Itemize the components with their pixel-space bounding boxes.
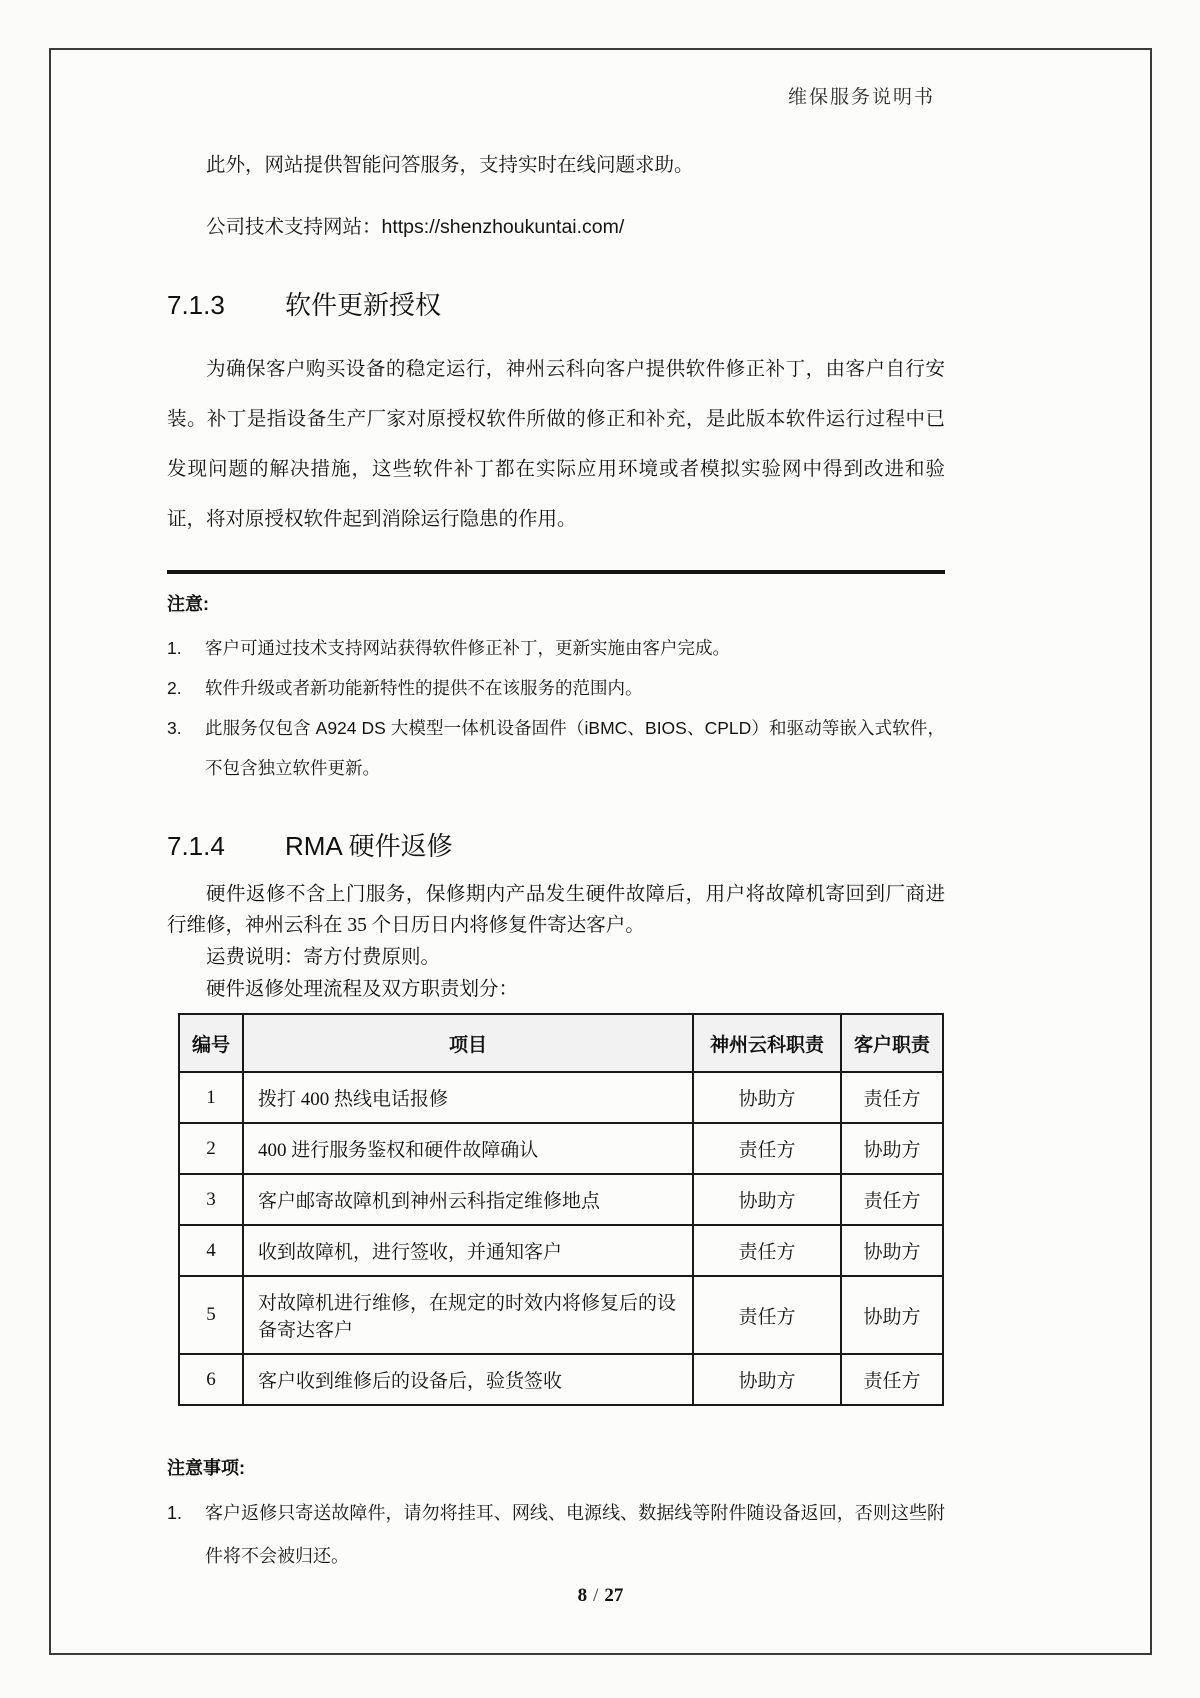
cell-no: 5 (179, 1276, 243, 1354)
list-item-text: 客户可通过技术支持网站获得软件修正补丁，更新实施由客户完成。 (205, 628, 945, 668)
table-row: 5 对故障机进行维修，在规定的时效内将修复后的设备寄达客户 责任方 协助方 (179, 1276, 943, 1354)
cell-no: 2 (179, 1123, 243, 1174)
cell-customer-duty: 协助方 (841, 1225, 943, 1276)
table-row: 4 收到故障机，进行签收，并通知客户 责任方 协助方 (179, 1225, 943, 1276)
section-number: 7.1.3 (167, 290, 285, 321)
notice-label: 注意事项: (167, 1454, 945, 1480)
table-row: 1 拨打 400 热线电话报修 协助方 责任方 (179, 1072, 943, 1123)
cell-item: 客户收到维修后的设备后，验货签收 (243, 1354, 693, 1405)
cell-vendor-duty: 责任方 (693, 1123, 841, 1174)
cell-customer-duty: 协助方 (841, 1123, 943, 1174)
cell-vendor-duty: 协助方 (693, 1072, 841, 1123)
document-header-title: 维保服务说明书 (167, 82, 945, 109)
cell-no: 3 (179, 1174, 243, 1225)
section-7-1-3-body: 为确保客户购买设备的稳定运行，神州云科向客户提供软件修正补丁，由客户自行安装。补… (167, 344, 945, 544)
cell-item: 对故障机进行维修，在规定的时效内将修复后的设备寄达客户 (243, 1276, 693, 1354)
table-header-row: 编号 项目 神州云科职责 客户职责 (179, 1014, 943, 1072)
table-header-customer-duty: 客户职责 (841, 1014, 943, 1072)
cell-item: 收到故障机，进行签收，并通知客户 (243, 1225, 693, 1276)
rma-responsibility-table: 编号 项目 神州云科职责 客户职责 1 拨打 400 热线电话报修 协助方 责任… (178, 1013, 944, 1406)
table-row: 2 400 进行服务鉴权和硬件故障确认 责任方 协助方 (179, 1123, 943, 1174)
page-number: 8 (578, 1585, 588, 1606)
cell-no: 1 (179, 1072, 243, 1123)
table-header-item: 项目 (243, 1014, 693, 1072)
cell-customer-duty: 协助方 (841, 1276, 943, 1354)
cell-vendor-duty: 责任方 (693, 1276, 841, 1354)
list-item-number: 1. (167, 1492, 205, 1578)
cell-vendor-duty: 协助方 (693, 1174, 841, 1225)
intro-paragraph-1: 此外，网站提供智能问答服务，支持实时在线问题求助。 (167, 149, 945, 177)
cell-vendor-duty: 责任方 (693, 1225, 841, 1276)
section-7-1-4-paragraph-1: 硬件返修不含上门服务，保修期内产品发生硬件故障后，用户将故障机寄回到厂商进行维修… (167, 879, 945, 941)
cell-item: 拨打 400 热线电话报修 (243, 1072, 693, 1123)
section-heading-7-1-4: 7.1.4 RMA 硬件返修 (167, 826, 945, 863)
page-sheet: 维保服务说明书 此外，网站提供智能问答服务，支持实时在线问题求助。 公司技术支持… (49, 48, 1152, 1655)
table-header-no: 编号 (179, 1014, 243, 1072)
cell-no: 4 (179, 1225, 243, 1276)
list-item-text: 软件升级或者新功能新特性的提供不在该服务的范围内。 (205, 668, 945, 708)
list-item-number: 3. (167, 708, 205, 788)
list-item: 3. 此服务仅包含 A924 DS 大模型一体机设备固件（iBMC、BIOS、C… (167, 708, 945, 788)
list-item: 1. 客户返修只寄送故障件，请勿将挂耳、网线、电源线、数据线等附件随设备返回，否… (167, 1492, 945, 1578)
list-item: 1. 客户可通过技术支持网站获得软件修正补丁，更新实施由客户完成。 (167, 628, 945, 668)
table-row: 3 客户邮寄故障机到神州云科指定维修地点 协助方 责任方 (179, 1174, 943, 1225)
note-list-7-1-3: 1. 客户可通过技术支持网站获得软件修正补丁，更新实施由客户完成。 2. 软件升… (167, 628, 945, 788)
section-7-1-4-paragraph-2: 运费说明：寄方付费原则。 (167, 942, 945, 973)
intro-paragraph-2: 公司技术支持网站：https://shenzhoukuntai.com/ (167, 211, 945, 239)
cell-customer-duty: 责任方 (841, 1354, 943, 1405)
horizontal-rule (167, 570, 945, 574)
page-footer: 8/27 (51, 1585, 1150, 1607)
list-item-number: 2. (167, 668, 205, 708)
note-label: 注意: (167, 590, 945, 616)
page-content: 维保服务说明书 此外，网站提供智能问答服务，支持实时在线问题求助。 公司技术支持… (167, 50, 945, 1653)
cell-no: 6 (179, 1354, 243, 1405)
table-header-vendor-duty: 神州云科职责 (693, 1014, 841, 1072)
cell-vendor-duty: 协助方 (693, 1354, 841, 1405)
cell-item: 400 进行服务鉴权和硬件故障确认 (243, 1123, 693, 1174)
list-item-text: 客户返修只寄送故障件，请勿将挂耳、网线、电源线、数据线等附件随设备返回，否则这些… (205, 1492, 945, 1578)
section-7-1-4-paragraph-3: 硬件返修处理流程及双方职责划分： (167, 974, 945, 1005)
cell-customer-duty: 责任方 (841, 1174, 943, 1225)
list-item-text: 此服务仅包含 A924 DS 大模型一体机设备固件（iBMC、BIOS、CPLD… (205, 708, 945, 788)
section-heading-7-1-3: 7.1.3 软件更新授权 (167, 285, 945, 322)
section-title: 软件更新授权 (285, 285, 441, 322)
total-pages: 27 (604, 1585, 623, 1606)
section-title: RMA 硬件返修 (285, 826, 453, 863)
cell-item: 客户邮寄故障机到神州云科指定维修地点 (243, 1174, 693, 1225)
list-item: 2. 软件升级或者新功能新特性的提供不在该服务的范围内。 (167, 668, 945, 708)
section-number: 7.1.4 (167, 831, 285, 862)
page-separator: / (587, 1585, 604, 1606)
table-row: 6 客户收到维修后的设备后，验货签收 协助方 责任方 (179, 1354, 943, 1405)
list-item-number: 1. (167, 628, 205, 668)
cell-customer-duty: 责任方 (841, 1072, 943, 1123)
note-list-7-1-4: 1. 客户返修只寄送故障件，请勿将挂耳、网线、电源线、数据线等附件随设备返回，否… (167, 1492, 945, 1578)
